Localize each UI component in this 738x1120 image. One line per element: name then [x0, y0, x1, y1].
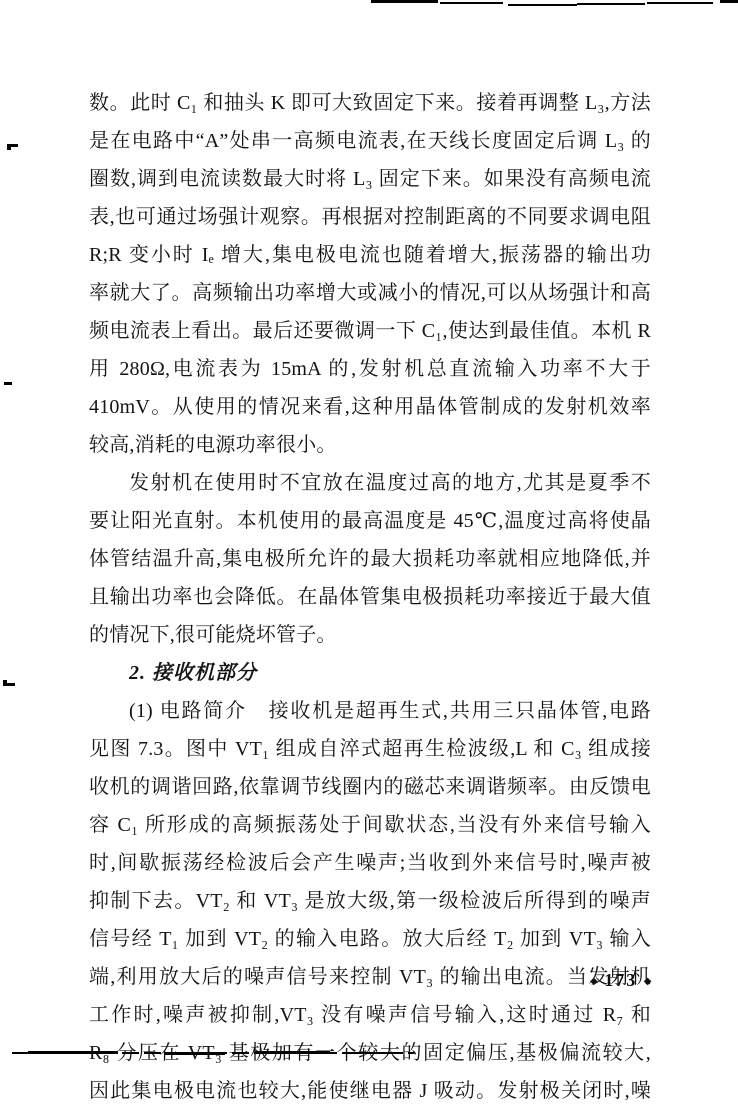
text-line: 且输出功率也会降低。在晶体管集电极损耗功率接近于最大值: [89, 578, 651, 616]
scan-artifact-top-edge: [647, 2, 713, 4]
scan-artifact-top-edge: [577, 3, 645, 5]
scan-artifact-margin-mark: [4, 382, 12, 385]
text-line: 用 280Ω,电流表为 15mA 的,发射机总直流输入功率不大于: [89, 350, 651, 388]
text-line: 要让阳光直射。本机使用的最高温度是 45℃,温度过高将使晶: [89, 502, 651, 540]
text-line: 信号经 T₁ 加到 VT₂ 的输入电路。放大后经 T₂ 加到 VT₃ 输入: [89, 920, 651, 958]
scan-artifact-bottom-edge: [255, 1051, 330, 1054]
text-line: 见图 7.3。图中 VT₁ 组成自淬式超再生检波级,L 和 C₃ 组成接: [89, 730, 651, 768]
text-line: 表,也可通过场强计观察。再根据对控制距离的不同要求调电阻: [89, 198, 651, 236]
scan-artifact-bottom-edge: [28, 1051, 118, 1054]
scanned-book-page: 数。此时 C₁ 和抽头 K 即可大致固定下来。接着再调整 L₃,方法 是在电路中…: [0, 0, 738, 1120]
text-line: 发射机在使用时不宜放在温度过高的地方,尤其是夏季不: [89, 464, 651, 502]
text-line: 端,利用放大后的噪声信号来控制 VT₃ 的输出电流。当发射机: [89, 958, 651, 996]
scan-artifact-bottom-edge: [345, 1052, 395, 1054]
text-line: 容 C₁ 所形成的高频振荡处于间歇状态,当没有外来信号输入: [89, 806, 651, 844]
section-heading: 2. 接收机部分: [89, 654, 651, 692]
text-line: 较高,消耗的电源功率很小。: [89, 426, 651, 464]
scan-artifact-top-edge: [508, 4, 577, 6]
text-line: 因此集电极电流也较大,能使继电器 J 吸动。发射极关闭时,噪: [89, 1072, 651, 1110]
text-line: 抑制下去。VT₂ 和 VT₃ 是放大级,第一级检波后所得到的噪声: [89, 882, 651, 920]
text-line: 收机的调谐回路,依靠调节线圈内的磁芯来调谐频率。由反馈电: [89, 768, 651, 806]
scan-artifact-margin-mark: [3, 680, 7, 683]
page-text-block: 数。此时 C₁ 和抽头 K 即可大致固定下来。接着再调整 L₃,方法 是在电路中…: [89, 84, 651, 1110]
text-line: 率就大了。高频输出功率增大或减小的情况,可以从场强计和高: [89, 274, 651, 312]
scan-artifact-top-edge: [720, 0, 738, 3]
text-line: 的情况下,很可能烧坏管子。: [89, 616, 651, 654]
page-number-value: 173: [604, 970, 637, 990]
text-line: 时,间歇振荡经检波后会产生噪声;当收到外来信号时,噪声被: [89, 844, 651, 882]
text-line: (1) 电路简介 接收机是超再生式,共用三只晶体管,电路: [89, 692, 651, 730]
text-line: 数。此时 C₁ 和抽头 K 即可大致固定下来。接着再调整 L₃,方法: [89, 84, 651, 122]
scan-artifact-bottom-edge: [165, 1052, 225, 1055]
text-line: 是在电路中“A”处串一高频电流表,在天线长度固定后调 L₃ 的: [89, 122, 651, 160]
scan-artifact-margin-mark: [7, 147, 11, 150]
text-line: 体管结温升高,集电极所允许的最大损耗功率就相应地降低,并: [89, 540, 651, 578]
text-line: 工作时,噪声被抑制,VT₃ 没有噪声信号输入,这时通过 R₇ 和: [89, 996, 651, 1034]
page-number-ornament: ◆: [644, 976, 652, 987]
page-number: ◆ 173 ◆: [590, 970, 651, 991]
text-line: R;R 变小时 Iₑ 增大,集电极电流也随着增大,振荡器的输出功: [89, 236, 651, 274]
scan-artifact-margin-mark: [3, 683, 15, 686]
page-number-ornament: ◆: [590, 976, 598, 987]
text-line: 410mV。从使用的情况来看,这种用晶体管制成的发射机效率: [89, 388, 651, 426]
text-line: 圈数,调到电流读数最大时将 L₃ 固定下来。如果没有高频电流: [89, 160, 651, 198]
scan-artifact-top-edge: [440, 2, 503, 4]
scan-artifact-top-edge: [371, 0, 438, 3]
text-line: 频电流表上看出。最后还要微调一下 C₁,使达到最佳值。本机 R: [89, 312, 651, 350]
